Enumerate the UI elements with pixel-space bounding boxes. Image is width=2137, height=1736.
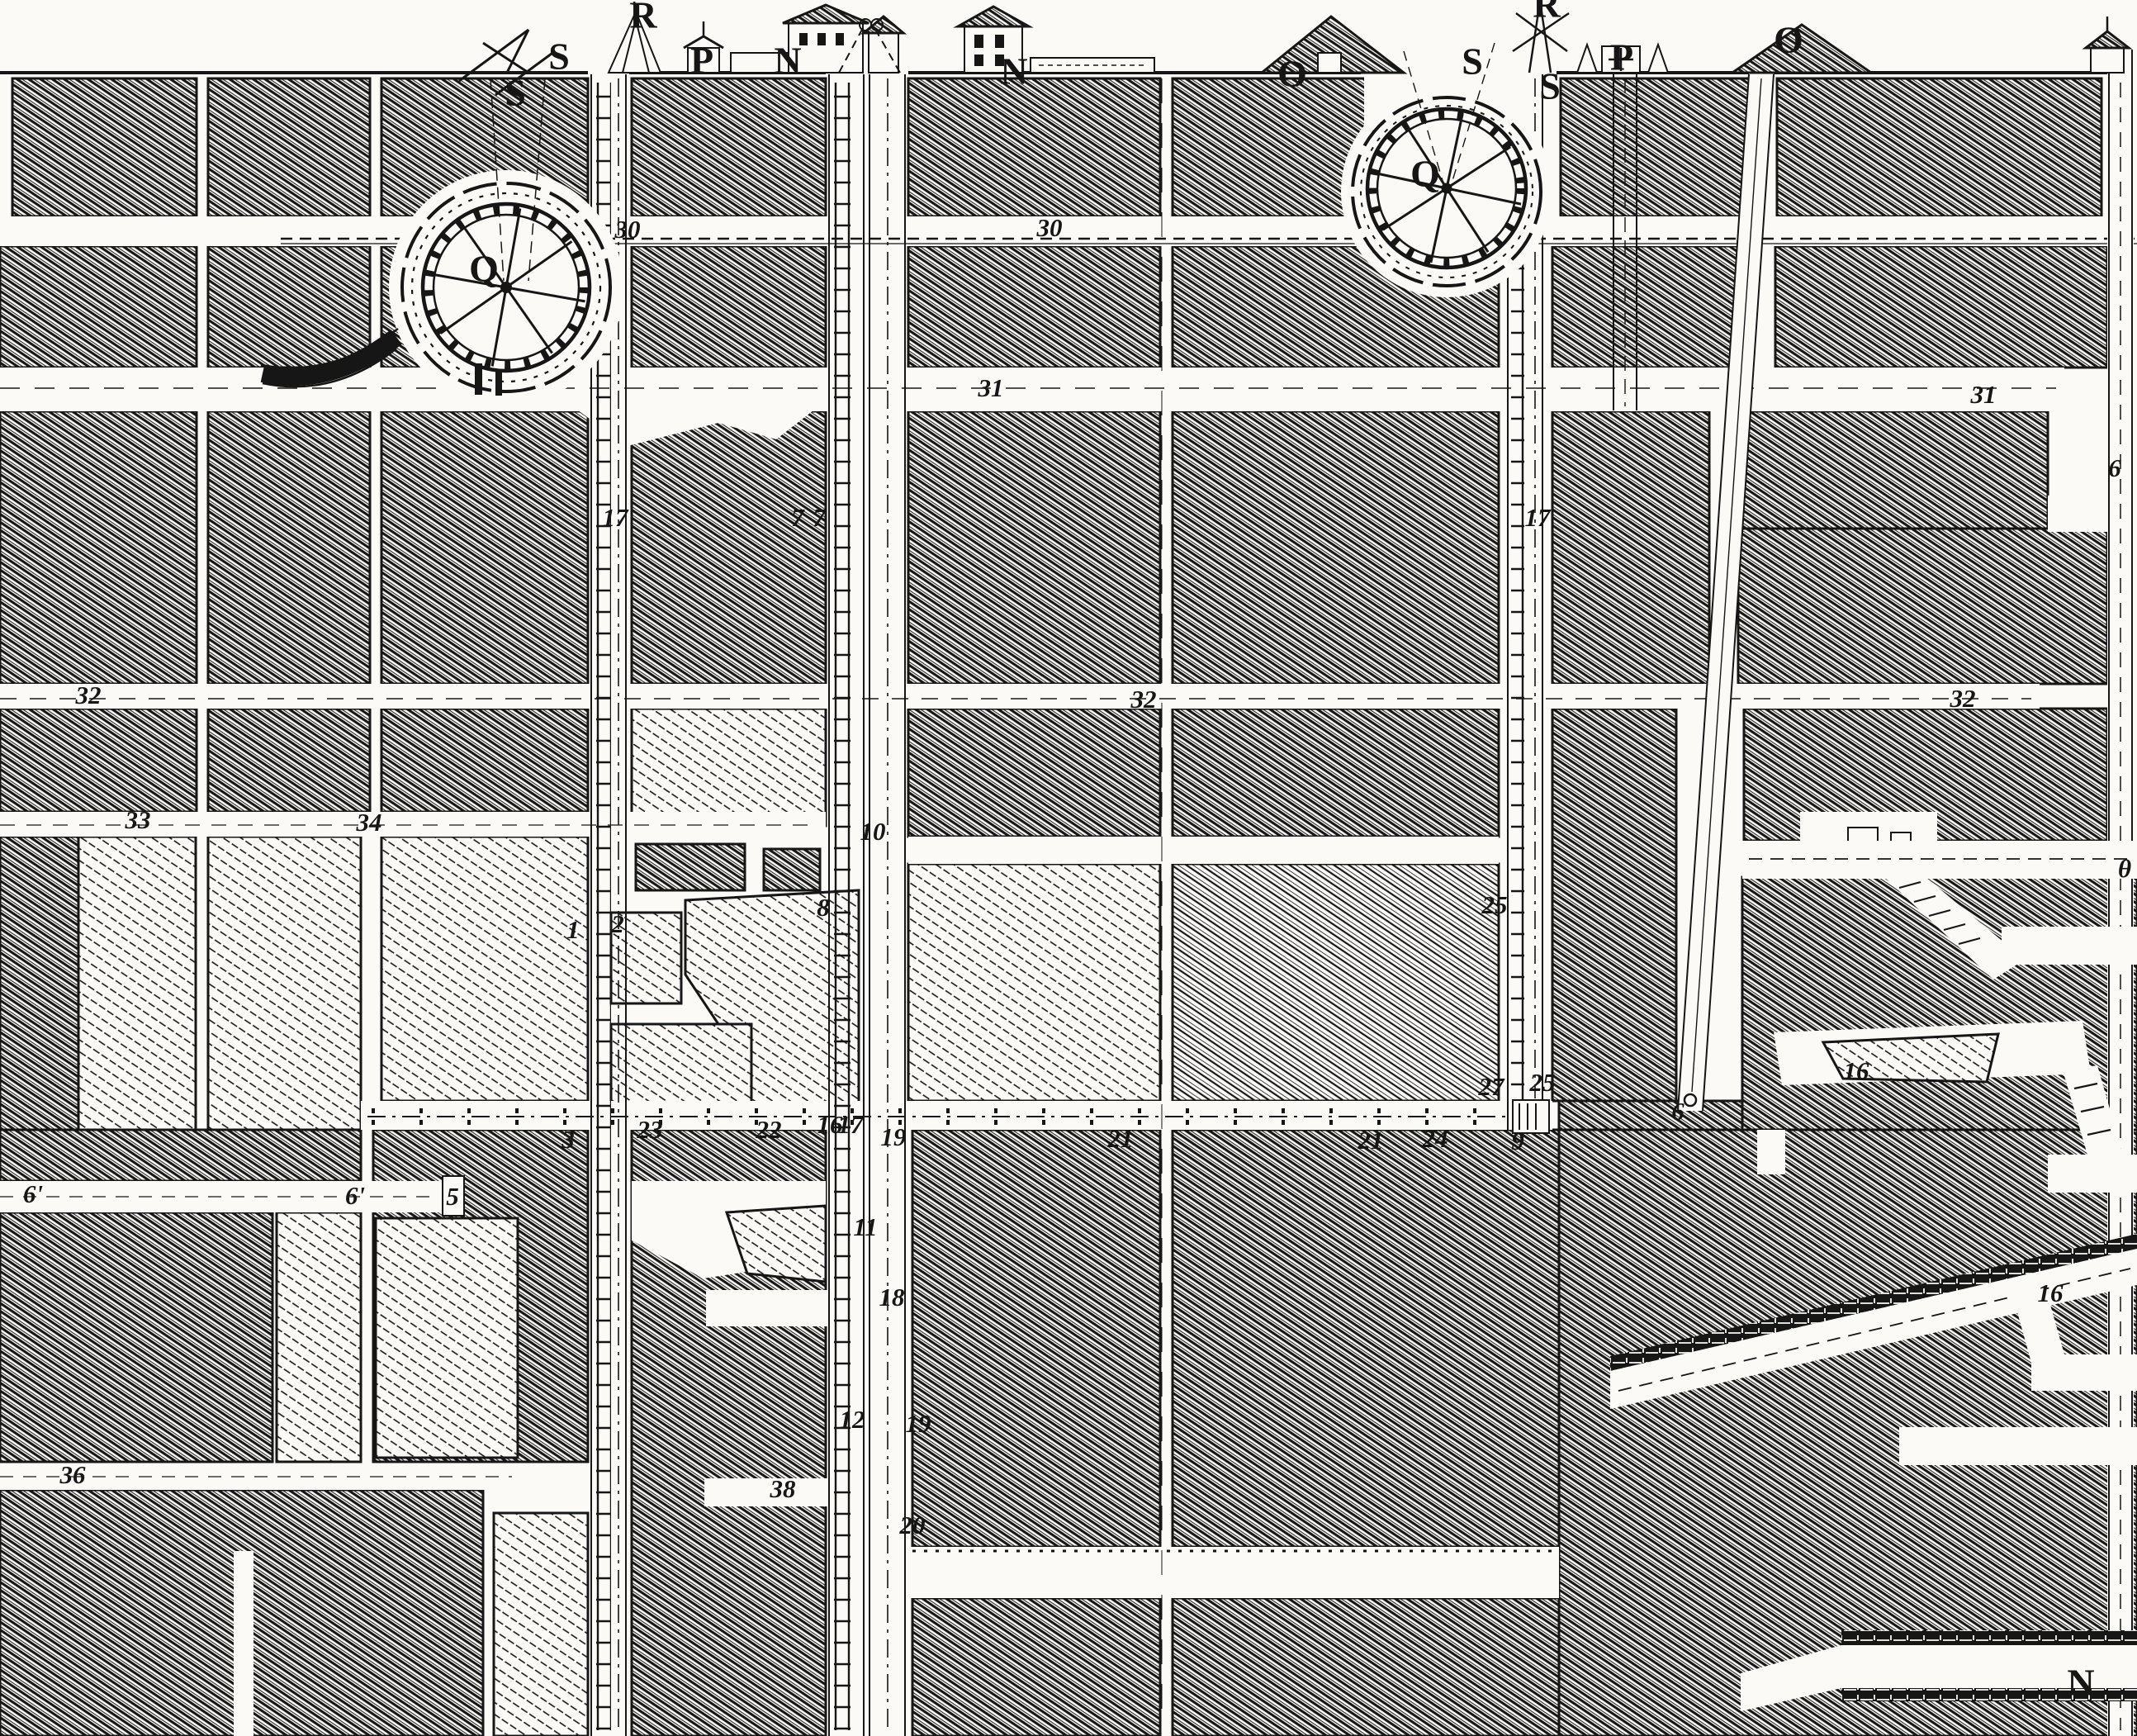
rock-blocks-shape — [376, 1218, 518, 1458]
zigzag-stub-2 — [2048, 1155, 2137, 1193]
rock-blocks-shape — [912, 1130, 1160, 1547]
letter-label-S: S — [505, 72, 526, 114]
rock-blocks-shape — [908, 709, 1160, 837]
winze-slot — [234, 1551, 254, 1736]
letter-label-P: P — [690, 40, 713, 82]
number-label-17: 17 — [603, 503, 630, 532]
number-label-38: 38 — [770, 1474, 797, 1503]
number-label-18: 18 — [879, 1283, 906, 1311]
rock-blocks-shape — [1552, 709, 1676, 1101]
zigzag-stub-1 — [2002, 927, 2137, 965]
rock-blocks-shape — [1552, 411, 1709, 684]
letter-label-N: N — [2067, 1662, 2094, 1704]
number-label-19: 19 — [906, 1409, 931, 1438]
number-label-16: 16 — [2038, 1278, 2064, 1307]
rock-blocks-shape — [908, 78, 1160, 216]
water-wheel-right — [1341, 43, 1552, 297]
number-label-6': 6' — [345, 1181, 365, 1210]
letter-label-S: S — [1462, 40, 1483, 83]
gallery-33-right — [908, 837, 1499, 864]
number-label-32: 32 — [1130, 685, 1157, 714]
rock-blocks-shape — [632, 709, 826, 826]
number-label-21: 21 — [1358, 1126, 1384, 1155]
letter-label-S: S — [1539, 65, 1561, 107]
rock-blocks-shape — [632, 78, 826, 216]
engraving-page: SSRPNNQOSSRPQON 303031313232323334177717… — [0, 0, 2137, 1736]
number-label-5: 5 — [446, 1182, 459, 1211]
number-label-8: 8 — [817, 893, 830, 922]
number-label-25: 25 — [1529, 1068, 1556, 1097]
number-label-6: 6 — [1671, 1097, 1684, 1126]
gallery-right-edge — [1742, 841, 2137, 879]
number-label-21: 21 — [1107, 1124, 1134, 1153]
zigzag-slot — [1757, 1130, 1785, 1174]
rock-blocks-shape — [1173, 864, 1499, 1101]
rock-blocks-shape — [1173, 1130, 1559, 1547]
number-label-33: 33 — [125, 805, 151, 834]
rock-blocks-shape — [0, 1212, 272, 1462]
letter-label-O: O — [1277, 53, 1307, 95]
gallery-30 — [0, 216, 2137, 246]
rock-blocks-shape — [912, 1598, 1160, 1736]
number-label-31: 31 — [978, 373, 1004, 402]
rock-blocks-shape — [0, 709, 197, 812]
number-label-11: 11 — [853, 1212, 877, 1241]
number-label-36: 36 — [59, 1460, 87, 1489]
water-wheel-left-shape — [495, 369, 502, 396]
number-label-9: 9 — [1511, 1127, 1524, 1155]
edge-structure-right-shape — [2091, 48, 2124, 73]
rock-blocks-shape — [908, 864, 1160, 1101]
letter-label-O: O — [1774, 19, 1803, 61]
gallery-38-stub — [704, 1478, 828, 1506]
rock-blocks-shape — [908, 411, 1160, 684]
number-label-30: 30 — [614, 215, 641, 244]
number-label-23: 23 — [637, 1115, 663, 1144]
number-label-32: 32 — [75, 681, 102, 709]
number-label-25: 25 — [1481, 890, 1508, 919]
number-label-3: 3 — [561, 1125, 575, 1154]
rock-blocks-shape — [208, 246, 370, 368]
rock-blocks-shape — [277, 1212, 361, 1462]
number-label-16: 16 — [1844, 1056, 1870, 1085]
letter-label-S: S — [548, 36, 570, 78]
letter-label-R: R — [1533, 0, 1561, 26]
gallery-32 — [0, 684, 2040, 709]
gallery-18-stub — [706, 1290, 828, 1326]
number-label-6: 6 — [2108, 453, 2121, 482]
number-label-32: 32 — [1950, 684, 1976, 713]
rock-blocks-shape — [1561, 78, 1749, 216]
zigzag-stub-4 — [1899, 1427, 2137, 1465]
number-label-12: 12 — [840, 1405, 865, 1434]
rock-blocks-shape — [1552, 246, 1746, 368]
building-N-right-shape — [974, 55, 983, 66]
rock-blocks-shape — [12, 78, 197, 216]
rock-blocks-shape — [381, 837, 588, 1101]
number-label-24: 24 — [1422, 1124, 1448, 1153]
letter-label-R: R — [629, 0, 657, 36]
building-N-right-shape — [974, 35, 983, 48]
zigzag-stub-3 — [2031, 1354, 2137, 1391]
rock-blocks-shape — [0, 246, 197, 368]
number-label-7: 7 — [813, 503, 827, 532]
rock-blocks-shape — [1738, 529, 2107, 684]
number-label-θ: θ — [2118, 854, 2131, 883]
rock-blocks-shape — [632, 411, 826, 684]
rock-blocks-shape — [1738, 411, 2048, 529]
rock-blocks-shape — [1777, 78, 2101, 216]
gallery-33-34 — [0, 812, 826, 837]
rock-blocks-shape — [908, 246, 1160, 368]
rock-blocks-shape — [0, 1130, 361, 1181]
rock-blocks-shape — [1173, 709, 1499, 837]
number-label-34: 34 — [356, 808, 382, 837]
wheel-axle — [500, 282, 512, 293]
letter-label-P: P — [1610, 36, 1633, 78]
building-N-left-shape — [869, 31, 898, 73]
number-label-20: 20 — [899, 1511, 926, 1539]
number-label-17: 17 — [1525, 503, 1552, 532]
number-label-7: 7 — [791, 503, 805, 532]
number-label-1: 1 — [566, 915, 580, 944]
rock-blocks-shape — [381, 411, 588, 684]
letter-label-Q: Q — [1410, 153, 1440, 195]
number-label-6': 6' — [23, 1179, 43, 1208]
water-wheel-left-shape — [475, 363, 482, 395]
rock-blocks-shape — [381, 709, 588, 812]
building-N-right-shape — [995, 35, 1004, 48]
rock-blocks-shape — [632, 246, 826, 368]
letter-label-Q: Q — [469, 248, 499, 290]
rock-blocks-shape — [208, 78, 370, 216]
number-label-30: 30 — [1036, 213, 1063, 242]
gallery-20 — [908, 1547, 1559, 1598]
rock-blocks-shape — [494, 1513, 588, 1736]
number-label-22: 22 — [756, 1115, 782, 1144]
rock-blocks-shape — [764, 849, 820, 890]
number-label-31: 31 — [1970, 380, 1997, 409]
tower-O-left-door — [1318, 53, 1341, 73]
ladder-central-shaft — [832, 83, 854, 1730]
number-label-10: 10 — [860, 817, 886, 846]
rock-blocks-shape — [1173, 1598, 1559, 1736]
rock-blocks-shape — [1559, 1101, 1742, 1130]
rock-blocks-shape — [611, 1024, 751, 1103]
rock-blocks-shape — [636, 844, 745, 890]
building-N-left-shape — [817, 33, 826, 45]
masonry-gallery-top — [1841, 1630, 2137, 1645]
rock-blocks-shape — [208, 411, 370, 684]
number-label-27: 27 — [1478, 1072, 1506, 1101]
wheel-axle — [1442, 183, 1452, 194]
number-label-2: 2 — [610, 909, 624, 938]
rock-blocks-shape — [1775, 246, 2107, 368]
number-label-19: 19 — [881, 1122, 907, 1151]
building-N-left-shape — [836, 33, 844, 45]
mine-cross-section-plate: SSRPNNQOSSRPQON 303031313232323334177717… — [0, 0, 2137, 1736]
letter-label-N: N — [1000, 50, 1027, 92]
rock-blocks-shape — [208, 709, 370, 812]
rock-blocks-shape — [0, 411, 197, 684]
letter-label-N: N — [774, 40, 801, 82]
rock-blocks-shape — [1173, 411, 1499, 684]
number-label-17: 17 — [838, 1110, 865, 1139]
